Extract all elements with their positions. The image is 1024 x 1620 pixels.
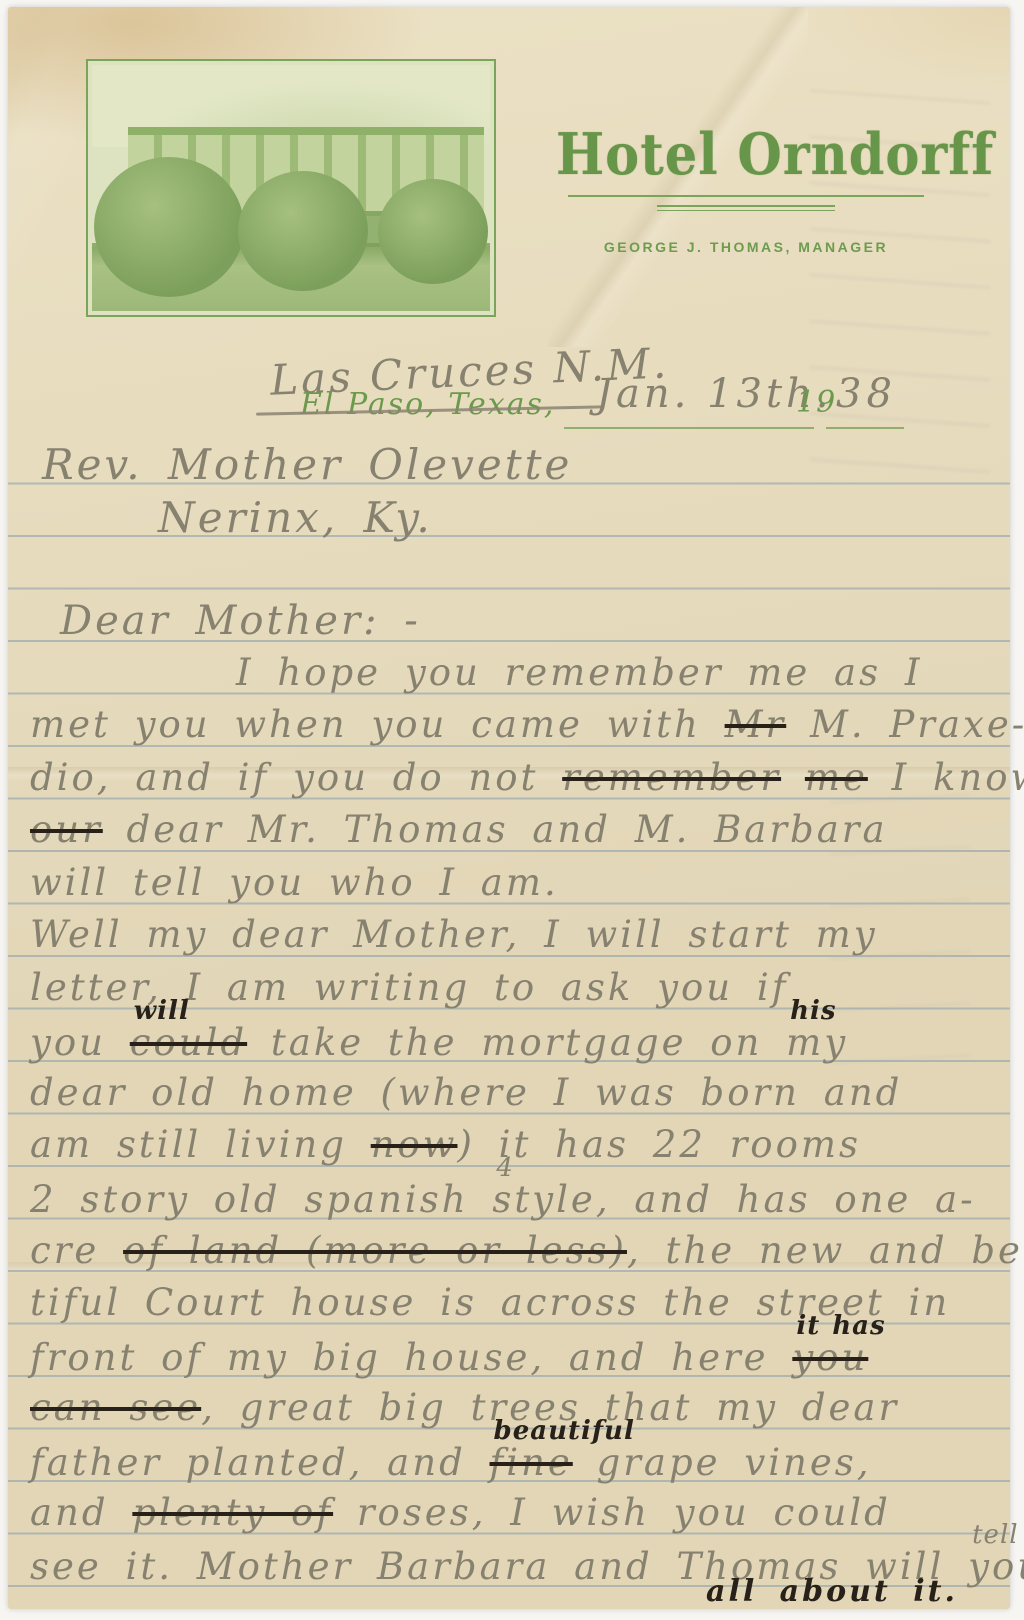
correction-stack: hismy [786, 1023, 848, 1064]
body-line-1: I hope you remember me as I [236, 653, 922, 694]
text-segment: grape vines, [573, 1441, 872, 1484]
text-segment: roses, I wish you could [333, 1491, 891, 1534]
text-segment: our [30, 808, 103, 851]
text-segment: father planted, and [30, 1441, 490, 1484]
text-segment: could [130, 1021, 247, 1064]
body-line-16: father planted, and beautifulfine grape … [30, 1443, 872, 1484]
text-segment: style [492, 1178, 596, 1221]
text-segment: front of my big house, and here [30, 1336, 792, 1379]
body-line-17: and plenty of roses, I wish you could [30, 1493, 891, 1534]
inserted-word: will [134, 997, 190, 1026]
text-segment: fine [490, 1441, 573, 1484]
text-segment: Rev. Mother Olevette [42, 440, 572, 489]
text-segment: I know [868, 756, 1024, 799]
text-segment: remember [562, 756, 781, 799]
text-segment: you [968, 1545, 1024, 1588]
text-segment: Well my dear Mother, I will start my [30, 913, 878, 956]
body-line-5: will tell you who I am. [30, 863, 559, 904]
text-segment: and [30, 1491, 132, 1534]
text-segment: Dear Mother: - [60, 598, 421, 644]
closing-note: all about it. [706, 1575, 958, 1608]
body-line-12: cre of land (more or less), the new and … [30, 1231, 1024, 1272]
text-segment: me [805, 756, 868, 799]
body-line-15: can see, great big trees that my dear [30, 1388, 899, 1429]
inserted-word: 4 [496, 1154, 514, 1183]
text-segment: M. Praxe- [786, 703, 1024, 746]
body-line-10: am still living now) it has 22 rooms [30, 1125, 861, 1166]
body-line-14: front of my big house, and here it hasyo… [30, 1338, 868, 1379]
text-segment: you [792, 1336, 868, 1379]
text-segment: dear old home (where I was born and [30, 1071, 902, 1114]
correction-stack: 4style [492, 1180, 596, 1221]
text-segment: now [371, 1123, 458, 1166]
text-segment: Nerinx, Ky. [158, 493, 433, 542]
text-segment: of land (more or less) [123, 1229, 627, 1272]
body-line-8: you willcould take the mortgage on hismy [30, 1023, 848, 1064]
recipient-line-2: Nerinx, Ky. [158, 495, 433, 541]
body-line-2: met you when you came with Mr M. Praxe- [30, 705, 1024, 746]
text-segment: you [30, 1021, 130, 1064]
text-segment: dio, and if you do not [30, 756, 562, 799]
salutation: Dear Mother: - [60, 599, 421, 643]
inserted-word: his [790, 997, 836, 1026]
body-line-4: our dear Mr. Thomas and M. Barbara [30, 810, 888, 851]
text-segment: am still living [30, 1123, 371, 1166]
inserted-word: beautiful [494, 1417, 635, 1446]
text-segment: I hope you remember me as I [236, 651, 922, 694]
recipient-line-1: Rev. Mother Olevette [42, 442, 572, 488]
text-segment: my [786, 1021, 848, 1064]
text-segment: will tell you who I am. [30, 861, 559, 904]
text-segment: , the new and beau- [627, 1229, 1024, 1272]
correction-stack: tellyou [968, 1547, 1024, 1588]
text-segment: met you when you came with [30, 703, 725, 746]
inserted-word: it has [796, 1312, 885, 1341]
correction-stack: it hasyou [792, 1338, 868, 1379]
letter-sheet: Hotel Orndorff GEORGE J. THOMAS, MANAGER… [8, 7, 1010, 1609]
body-line-11: 2 story old spanish 4style, and has one … [30, 1180, 976, 1221]
body-line-3: dio, and if you do not remember me I kno… [30, 758, 1024, 799]
handwriting-layer: Rev. Mother OlevetteNerinx, Ky.Dear Moth… [8, 7, 1010, 1609]
text-segment: , and has one a- [596, 1178, 976, 1221]
body-line-9: dear old home (where I was born and [30, 1073, 902, 1114]
text-segment: dear Mr. Thomas and M. Barbara [103, 808, 888, 851]
correction-stack: beautifulfine [490, 1443, 573, 1484]
text-segment: Mr [725, 703, 787, 746]
inserted-word: tell [972, 1521, 1018, 1550]
text-segment: all about it. [706, 1574, 958, 1609]
text-segment: ) it has 22 rooms [457, 1123, 860, 1166]
text-segment: plenty of [132, 1491, 333, 1534]
text-segment [781, 756, 805, 799]
text-segment: take the mortgage on [247, 1021, 786, 1064]
text-segment: 2 story old spanish [30, 1178, 492, 1221]
body-line-6: Well my dear Mother, I will start my [30, 915, 878, 956]
text-segment: can see [30, 1386, 201, 1429]
correction-stack: willcould [130, 1023, 247, 1064]
text-segment: cre [30, 1229, 123, 1272]
